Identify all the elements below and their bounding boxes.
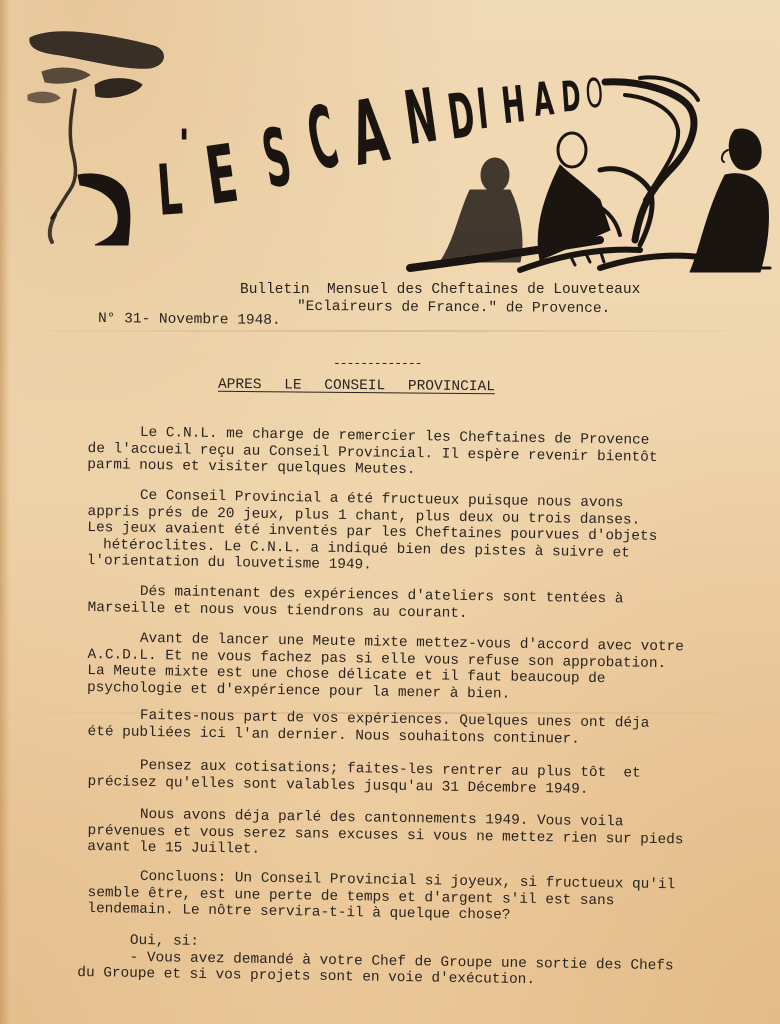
- paragraph: Ce Conseil Provincial a été fructueux pu…: [87, 487, 748, 580]
- title-letter: D: [560, 75, 582, 118]
- paragraph: Pensez aux cotisations; faites-les rentr…: [87, 757, 747, 800]
- issue-number-date: N° 31- Novembre 1948.: [98, 311, 281, 329]
- document-page: L ' E S C A N D I H A D O Bulletin Mensu…: [0, 0, 780, 1024]
- paragraph: Nous avons déja parlé des cantonnements …: [87, 806, 748, 866]
- separator-rule: -------------: [333, 356, 421, 371]
- paragraph: Le C.N.L. me charge de remercier les Che…: [87, 424, 748, 484]
- paragraph: Oui, si: - Vous avez demandé à votre Che…: [77, 932, 738, 992]
- bulletin-subtitle: Bulletin Mensuel des Cheftaines de Louve…: [240, 282, 640, 298]
- title-letter: O: [584, 73, 604, 114]
- article-title: APRES LE CONSEIL PROVINCIAL: [218, 377, 495, 395]
- title-letter: ': [178, 125, 190, 165]
- paper-fold-line: [0, 330, 780, 332]
- masthead: L ' E S C A N D I H A D O: [0, 0, 780, 285]
- bulletin-publisher: "Eclaireurs de France." de Provence.: [297, 299, 610, 317]
- paragraph: Avant de lancer une Meute mixte mettez-v…: [87, 630, 748, 706]
- paragraph: Concluons: Un Conseil Provincial si joye…: [87, 868, 748, 928]
- tree-illustration-icon: [0, 0, 780, 285]
- paragraph: Dés maintenant des expériences d'atelier…: [87, 583, 747, 626]
